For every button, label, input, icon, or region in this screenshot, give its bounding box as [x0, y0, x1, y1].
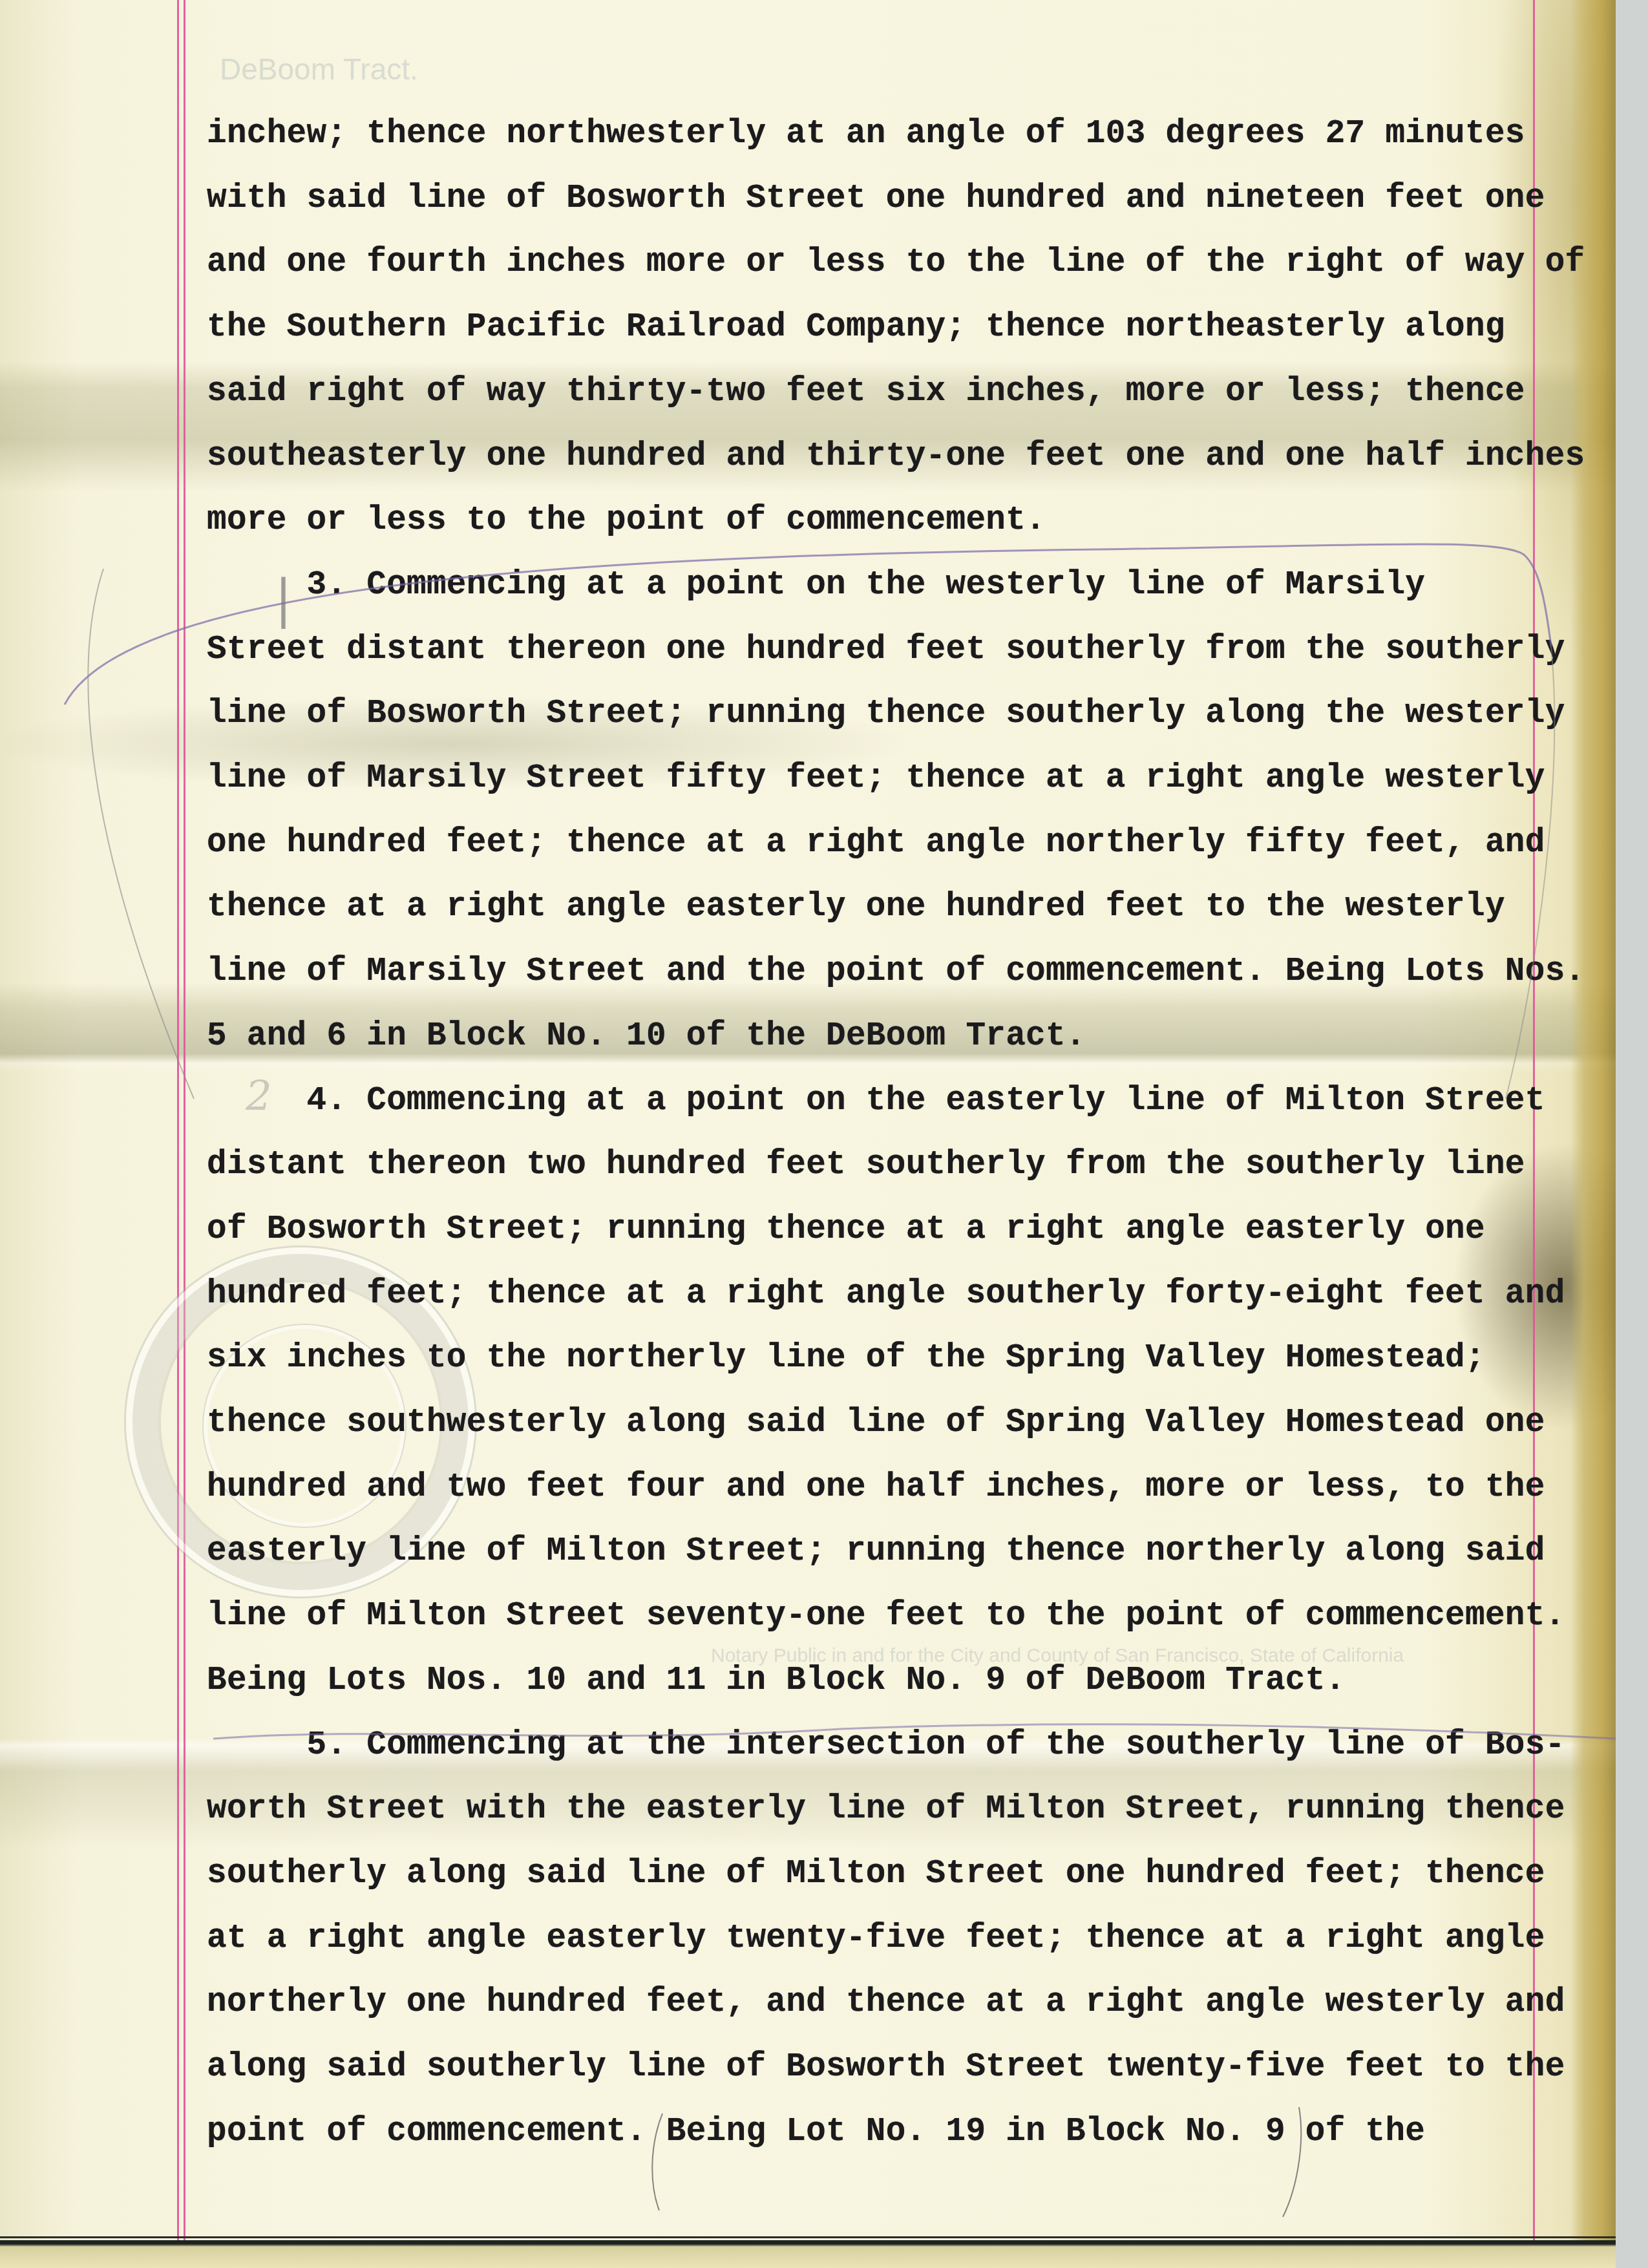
- text-line: 4. Commencing at a point on the easterly…: [207, 1082, 1545, 1121]
- text-line: with said line of Bosworth Street one hu…: [207, 180, 1545, 218]
- text-line: six inches to the northerly line of the …: [207, 1339, 1485, 1378]
- pencil-margin-note: 2: [246, 1073, 272, 1121]
- text-line: along said southerly line of Bosworth St…: [207, 2048, 1565, 2087]
- paper-page: DeBoom Tract. Notary Public in and for t…: [0, 0, 1616, 2240]
- text-line: 5 and 6 in Block No. 10 of the DeBoom Tr…: [207, 1017, 1086, 1056]
- bleed-through-heading: DeBoom Tract.: [220, 52, 418, 87]
- paper-bottom-edge: [0, 2236, 1616, 2238]
- text-line: and one fourth inches more or less to th…: [207, 244, 1585, 282]
- text-line: thence southwesterly along said line of …: [207, 1404, 1545, 1443]
- text-line: of Bosworth Street; running thence at a …: [207, 1211, 1485, 1249]
- text-line: the Southern Pacific Railroad Company; t…: [207, 308, 1505, 347]
- left-margin-rule: [177, 0, 179, 2240]
- text-line: worth Street with the easterly line of M…: [207, 1790, 1565, 1829]
- text-line: more or less to the point of commencemen…: [207, 502, 1046, 540]
- text-line: southeasterly one hundred and thirty-one…: [207, 438, 1585, 476]
- text-line: at a right angle easterly twenty-five fe…: [207, 1920, 1545, 1958]
- text-line: one hundred feet; thence at a right angl…: [207, 824, 1545, 863]
- text-line: line of Bosworth Street; running thence …: [207, 695, 1565, 734]
- backing-sheet: [0, 2240, 1616, 2268]
- text-line: thence at a right angle easterly one hun…: [207, 888, 1505, 927]
- aged-paper-edge: [1570, 0, 1616, 2240]
- text-line: hundred and two feet four and one half i…: [207, 1468, 1545, 1507]
- text-line: 5. Commencing at the intersection of the…: [207, 1726, 1565, 1765]
- text-line: inchew; thence northwesterly at an angle…: [207, 115, 1525, 154]
- text-line: hundred feet; thence at a right angle so…: [207, 1275, 1565, 1314]
- text-line: point of commencement. Being Lot No. 19 …: [207, 2113, 1425, 2152]
- text-line: said right of way thirty-two feet six in…: [207, 373, 1525, 412]
- text-line: line of Milton Street seventy-one feet t…: [207, 1597, 1565, 1636]
- text-line: southerly along said line of Milton Stre…: [207, 1855, 1545, 1894]
- text-line: easterly line of Milton Street; running …: [207, 1532, 1545, 1571]
- text-line: Being Lots Nos. 10 and 11 in Block No. 9…: [207, 1662, 1346, 1701]
- text-line: 3. Commencing at a point on the westerly…: [207, 566, 1425, 605]
- pencil-tick-mark: |: [275, 569, 292, 629]
- text-line: distant thereon two hundred feet souther…: [207, 1146, 1525, 1185]
- text-line: line of Marsily Street and the point of …: [207, 953, 1585, 991]
- text-line: Street distant thereon one hundred feet …: [207, 631, 1565, 670]
- left-margin-rule-inner: [184, 0, 185, 2240]
- text-line: line of Marsily Street fifty feet; thenc…: [207, 759, 1545, 798]
- text-line: northerly one hundred feet, and thence a…: [207, 1984, 1565, 2022]
